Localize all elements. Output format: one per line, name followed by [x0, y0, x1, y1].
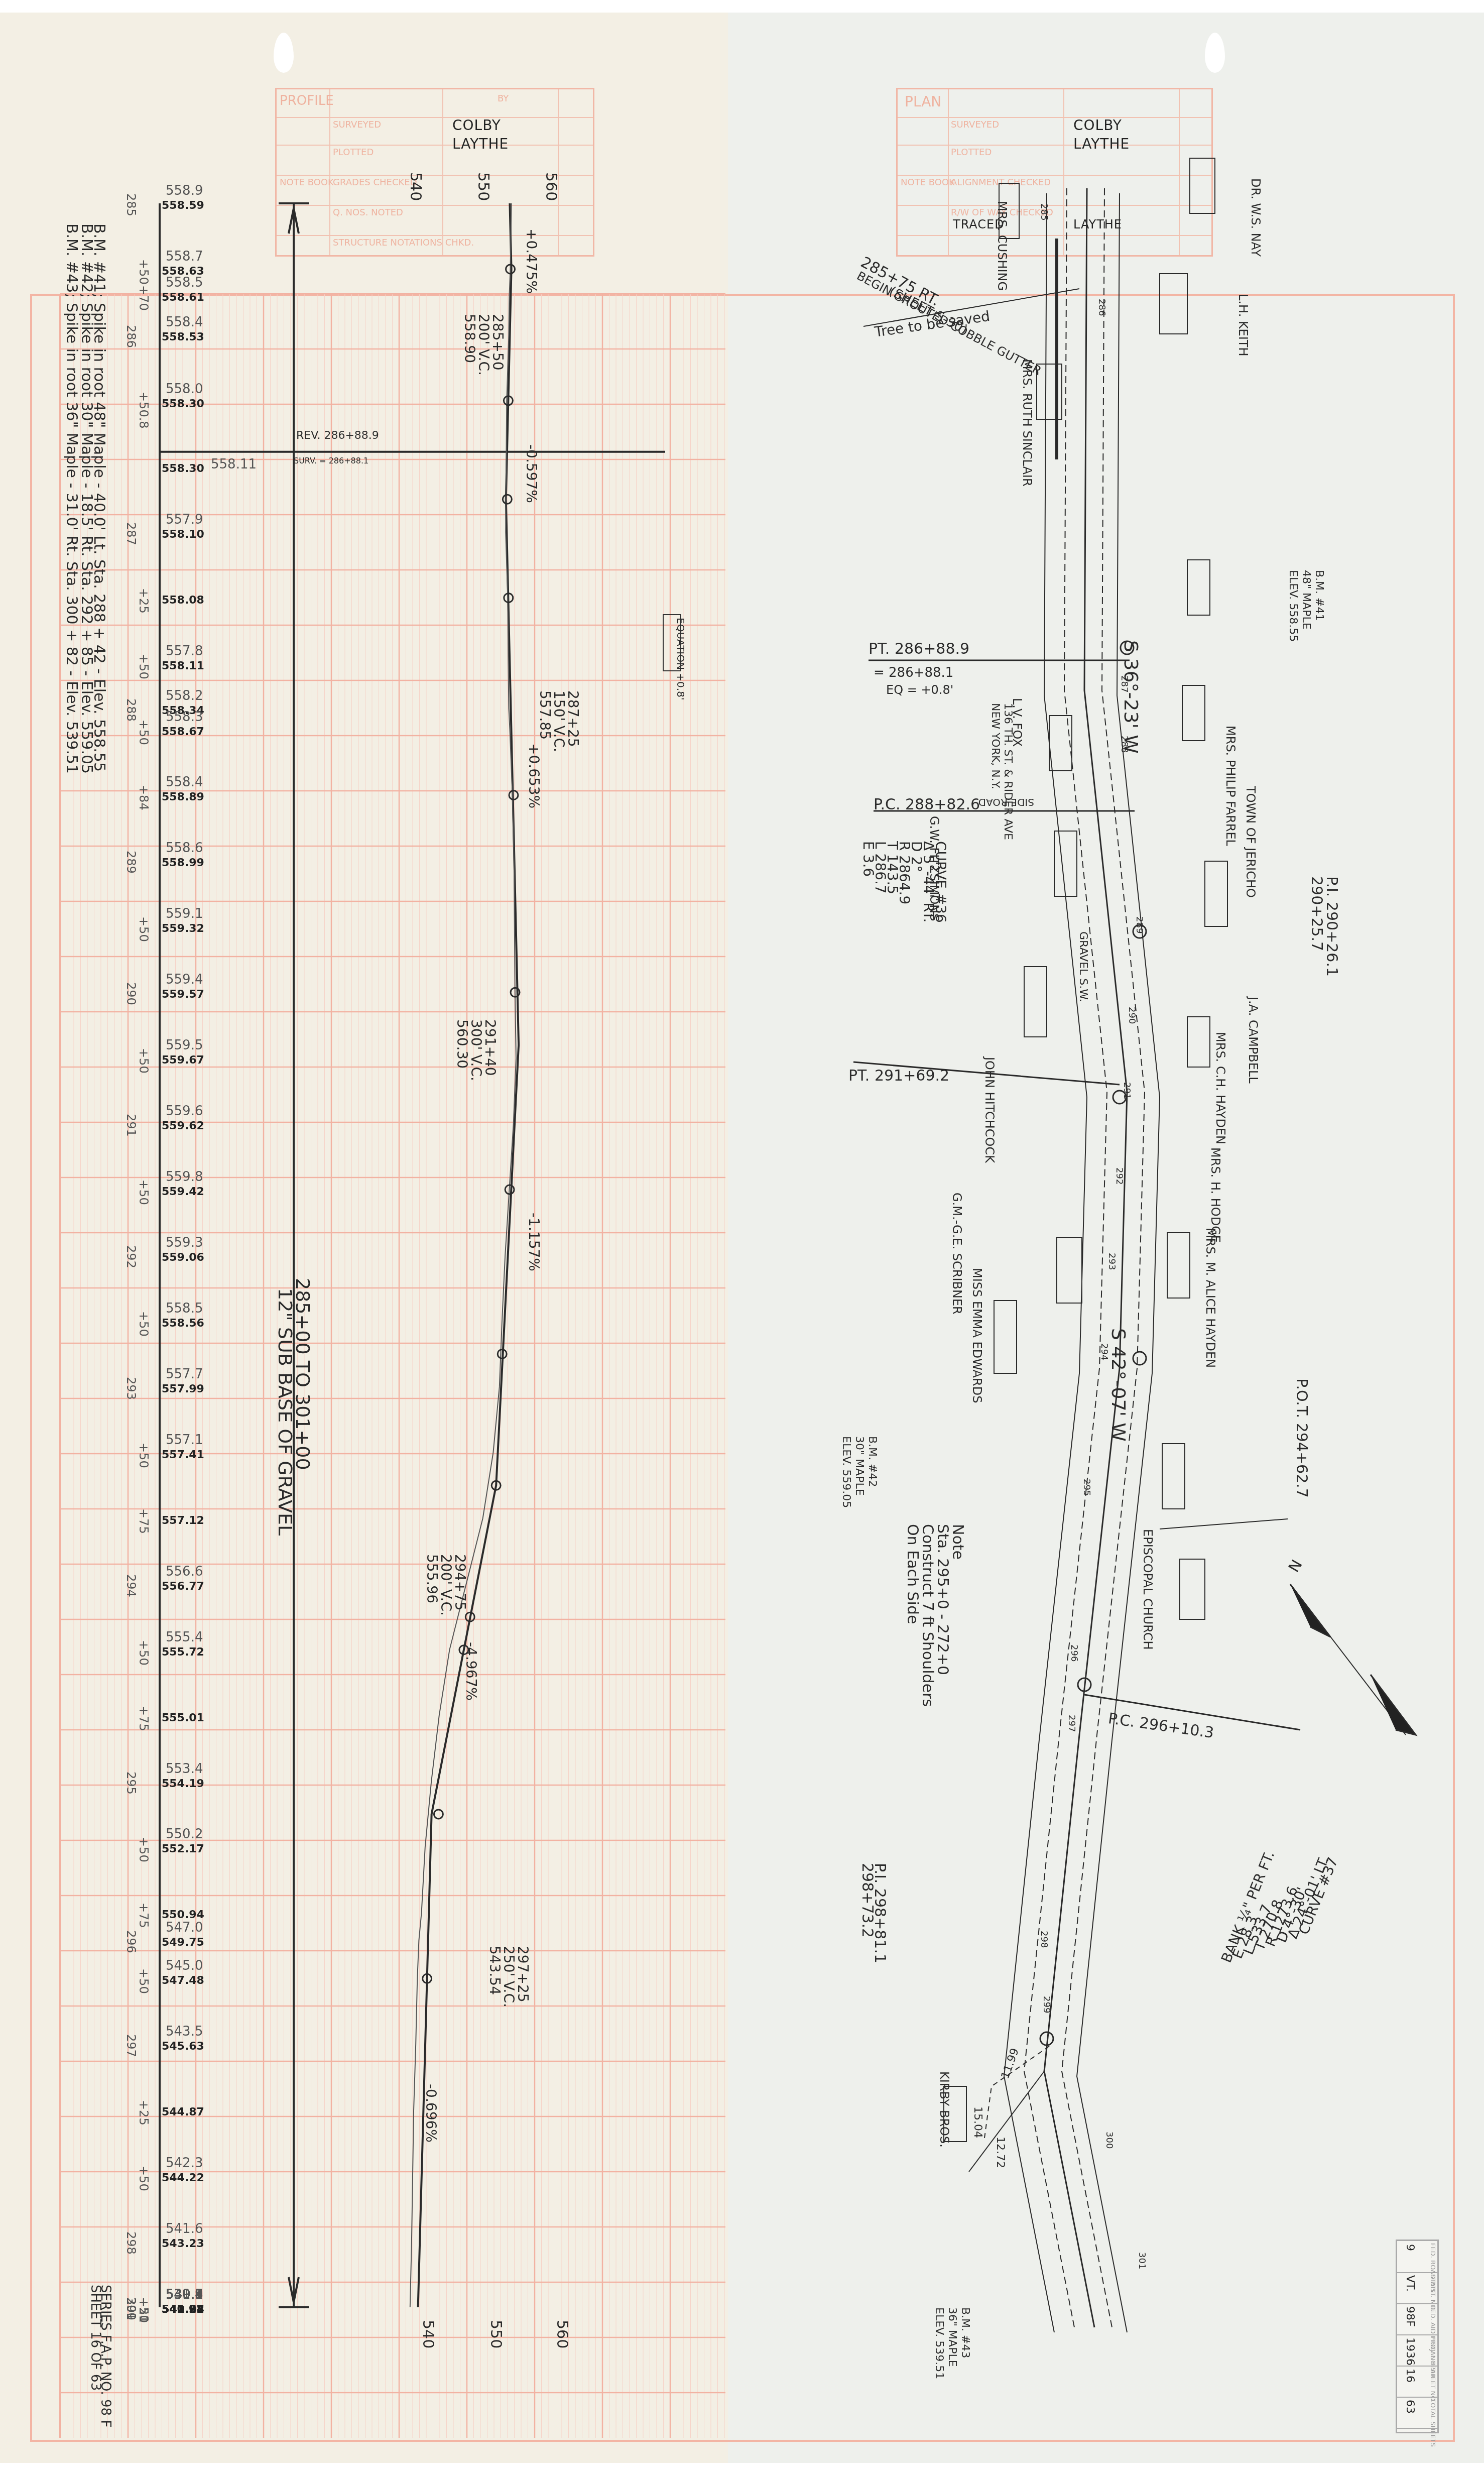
- pc-label: P.C. 288+82.6: [874, 796, 980, 813]
- ground-elevation: 559.4: [166, 972, 203, 987]
- station-label: +50: [137, 1443, 151, 1468]
- station-label: +50: [137, 2166, 151, 2191]
- grade-percent: -1.157%: [526, 1213, 542, 1271]
- ground-elevation: 558.2: [166, 688, 203, 703]
- construction-note: On Each Side: [904, 1524, 921, 1624]
- plan-station: 289: [1134, 916, 1145, 933]
- ground-elevation: 559.3: [166, 1235, 203, 1250]
- grade-percent: -0.696%: [423, 2084, 439, 2143]
- station-label: 292: [124, 1245, 138, 1268]
- plan-station: 295: [1081, 1479, 1092, 1496]
- station-label: +50: [137, 1837, 151, 1862]
- plan-station: 287: [1119, 675, 1130, 692]
- tie-distance: 15.04: [971, 2106, 984, 2138]
- ground-elevation: 550.2: [166, 1827, 203, 1842]
- plan-station: 288: [1119, 736, 1130, 753]
- base-course-note: 12" SUB BASE OF GRAVEL: [274, 1288, 296, 1536]
- fed-cell: SHEET NO.16: [1397, 2366, 1437, 2398]
- grade-elevation: 558.89: [162, 791, 204, 803]
- station-label: +50: [137, 1311, 151, 1337]
- station-label: 296: [124, 1930, 138, 1953]
- grade-elevation: 558.53: [162, 331, 204, 343]
- ground-elevation: 558.9: [166, 183, 203, 198]
- plan-station: 296: [1069, 1644, 1079, 1662]
- station-label: +50: [137, 1180, 151, 1205]
- station-label: +50: [137, 1968, 151, 1994]
- ground-elevation: 557.1: [166, 1433, 203, 1448]
- construction-note: Sta. 295+0 - 272+0: [934, 1524, 951, 1675]
- grade-elevation: 540.93: [162, 2303, 204, 2316]
- ground-elevation: 559.5: [166, 1038, 203, 1053]
- owner-name: MRS. CUSHING: [995, 201, 1009, 291]
- station-label: 298: [124, 2231, 138, 2255]
- vc-elevation: 558.90: [461, 314, 478, 363]
- equation-elevation: 558.11: [211, 457, 257, 472]
- ground-elevation: 541.6: [166, 2221, 203, 2236]
- grade-elevation: 559.57: [162, 988, 204, 1001]
- owner-name: G.M.-G.E. SCRIBNER: [950, 1193, 964, 1315]
- station-label: 291: [124, 1114, 138, 1137]
- construction-note: Note: [949, 1524, 966, 1560]
- pi-label: 298+73.2: [858, 1863, 876, 1938]
- station-label: 297: [124, 2034, 138, 2057]
- station-label: +50: [137, 1640, 151, 1666]
- vc-elevation: 543.54: [486, 1946, 503, 1995]
- fed-cell: FISCAL YEAR1936: [1397, 2334, 1437, 2367]
- plan-station: 299: [1041, 1996, 1052, 2013]
- gravel-sidewalk: GRAVEL S.W.: [1077, 931, 1089, 1002]
- fed-value: 63: [1404, 2400, 1416, 2414]
- grade-elevation: 558.56: [162, 1317, 204, 1330]
- station-label: 290: [124, 982, 138, 1005]
- grade-elevation: 558.59: [162, 199, 204, 212]
- fed-header: STATE: [1429, 2274, 1436, 2294]
- station-label: 294: [124, 1574, 138, 1597]
- ground-elevation: 547.0: [166, 1920, 203, 1935]
- ground-elevation: 558.0: [166, 382, 203, 397]
- fed-value: 98F: [1404, 2306, 1416, 2327]
- station-label: +50: [137, 720, 151, 745]
- plan-station: 294: [1099, 1343, 1109, 1360]
- elevation-tick-bottom: 550: [487, 2320, 505, 2348]
- plan-station: 290: [1127, 1007, 1137, 1024]
- grade-elevation: 559.42: [162, 1186, 204, 1198]
- station-label: 288: [124, 698, 138, 722]
- elevation-tick-top: 540: [407, 172, 424, 201]
- grade-elevation: 554.19: [162, 1778, 204, 1790]
- grade-elevation: 558.99: [162, 857, 204, 869]
- owner-name: DR. W.S. NAY: [1249, 178, 1263, 257]
- tie-distance: 12.72: [994, 2137, 1007, 2168]
- pi-label: P.I. 290+26.1: [1323, 876, 1340, 977]
- station-label: 293: [124, 1377, 138, 1400]
- rev-station: REV. 286+88.9: [296, 429, 379, 442]
- pt-equation: = 286+88.1: [874, 665, 953, 680]
- elevation-tick-top: 550: [474, 172, 492, 201]
- benchmark-label: 30" MAPLE: [853, 1436, 865, 1496]
- owner-name: MRS. RUTH SINCLAIR: [1020, 359, 1034, 487]
- ground-elevation: 557.7: [166, 1367, 203, 1382]
- fed-value: VT.: [1404, 2275, 1416, 2292]
- owner-name: MRS. M. ALICE HAYDEN: [1203, 1228, 1217, 1368]
- station-label: 287: [124, 522, 138, 545]
- equation-box-frame: [663, 614, 681, 671]
- owner-name: KIRBY BROS.: [937, 2071, 951, 2148]
- grade-elevation: 558.61: [162, 291, 204, 304]
- ground-elevation: 558.5: [166, 1301, 203, 1316]
- ground-elevation: 557.8: [166, 644, 203, 659]
- bearing-label: S 42°-07' W: [1107, 1328, 1130, 1442]
- owner-address: NEW YORK, N.Y.: [989, 703, 1002, 789]
- curve-data: E 3.6: [860, 841, 877, 877]
- plan-station: 291: [1122, 1082, 1132, 1099]
- federal-project-block: FED. ROAD DIST. NO.9STATEVT.FED. AID PRO…: [1396, 2239, 1439, 2433]
- benchmark-note: B.M. #42; Spike in root 30" Maple - 18.5…: [78, 223, 95, 774]
- grade-elevation: 552.17: [162, 1843, 204, 1855]
- owner-name: MISS EMMA EDWARDS: [970, 1268, 984, 1403]
- station-label: +70: [137, 285, 151, 311]
- pi-label: 290+25.7: [1308, 876, 1325, 951]
- benchmark-label: B.M. #43: [959, 2307, 971, 2358]
- grade-percent: +0.475%: [523, 228, 540, 294]
- station-label: +50: [137, 1048, 151, 1074]
- owner-name: TOWN OF JERICHO: [1244, 786, 1258, 898]
- vc-elevation: 557.85: [537, 690, 553, 740]
- owner-name: EPISCOPAL CHURCH: [1141, 1529, 1155, 1650]
- ground-elevation: 559.8: [166, 1169, 203, 1185]
- station-label: +75: [137, 1508, 151, 1534]
- station-label: +75: [137, 1903, 151, 1928]
- grade-elevation: 550.94: [162, 1909, 204, 1921]
- sheet-note: SHEET 16 OF 63: [88, 2285, 103, 2391]
- grade-elevation: 544.22: [162, 2172, 204, 2184]
- grade-elevation: 555.72: [162, 1646, 204, 1659]
- owner-name: L.H. KEITH: [1236, 294, 1250, 357]
- ground-elevation: 559.1: [166, 906, 203, 921]
- equation-note: EQ = +0.8': [886, 683, 953, 697]
- grade-elevation: 559.67: [162, 1054, 204, 1067]
- grade-elevation: 557.12: [162, 1514, 204, 1527]
- elevation-tick-bottom: 560: [553, 2320, 571, 2348]
- pot-label: P.O.T. 294+62.7: [1293, 1378, 1310, 1498]
- station-label: 285: [124, 193, 138, 216]
- station-label: 295: [124, 1772, 138, 1795]
- grade-elevation: 558.10: [162, 528, 204, 541]
- benchmark-label: ELEV. 559.05: [840, 1436, 852, 1508]
- grade-elevation: 558.67: [162, 726, 204, 738]
- station-label: +50: [137, 916, 151, 942]
- station-label: 289: [124, 851, 138, 874]
- grade-elevation: 547.48: [162, 1974, 204, 1987]
- grade-percent: -4.967%: [463, 1642, 479, 1701]
- grade-percent: +0.653%: [526, 743, 542, 808]
- grade-elevation: 558.08: [162, 594, 204, 607]
- vc-elevation: 560.30: [454, 1019, 470, 1069]
- station-label: +84: [137, 785, 151, 810]
- grade-elevation: 545.63: [162, 2040, 204, 2053]
- grade-elevation: 543.23: [162, 2237, 204, 2250]
- owner-address: 136 TH. ST. & RIDER AVE: [1002, 703, 1014, 840]
- fed-cell: FED. ROAD DIST. NO.9: [1397, 2241, 1437, 2273]
- ground-elevation: 539.4: [166, 2287, 203, 2302]
- plan-station: 293: [1106, 1253, 1117, 1270]
- station-label: +50: [137, 654, 151, 679]
- owner-name: J.A. CAMPBELL: [1246, 997, 1260, 1084]
- fed-header: TOTAL SHEETS: [1429, 2399, 1436, 2447]
- station-label: +50: [137, 2297, 151, 2323]
- fed-value: 9: [1404, 2244, 1416, 2251]
- benchmark-label: B.M. #42: [866, 1436, 879, 1487]
- grade-elevation: 559.06: [162, 1251, 204, 1264]
- fed-cell: FED. AID PROJ. NO.98F: [1397, 2303, 1437, 2335]
- ground-elevation: 557.9: [166, 512, 203, 527]
- grade-percent: -0.597%: [523, 444, 540, 503]
- plan-station: 298: [1039, 1931, 1049, 1948]
- benchmark-label: ELEV. 558.55: [1287, 570, 1299, 642]
- owner-name: JOHN HITCHCOCK: [982, 1057, 997, 1163]
- ground-elevation: 553.4: [166, 1761, 203, 1777]
- benchmark-label: 36" MAPLE: [946, 2307, 958, 2367]
- plan-station: 301: [1137, 2252, 1147, 2269]
- owner-name: MRS. PHILIP FARREL: [1223, 726, 1238, 846]
- grade-elevation: 558.30: [162, 398, 204, 410]
- grade-elevation: 558.11: [162, 660, 204, 672]
- ground-elevation: 556.6: [166, 1564, 203, 1579]
- drawing-linework: [0, 13, 1484, 2463]
- grade-elevation: 559.32: [162, 922, 204, 935]
- elevation-tick-bottom: 540: [419, 2320, 437, 2348]
- plan-station: 300: [1104, 2132, 1115, 2149]
- grade-elevation: 557.99: [162, 1383, 204, 1395]
- station-label: 286: [124, 325, 138, 348]
- vc-elevation: 555.96: [424, 1554, 440, 1603]
- ground-elevation: 555.4: [166, 1630, 203, 1645]
- ground-elevation: 558.4: [166, 775, 203, 790]
- grade-elevation: 544.87: [162, 2106, 204, 2118]
- station-label: +50.8: [137, 392, 151, 429]
- fed-value: 16: [1404, 2369, 1416, 2383]
- pt-label: PT. 291+69.2: [848, 1067, 949, 1085]
- grade-elevation: 556.77: [162, 1580, 204, 1593]
- grade-elevation: 549.75: [162, 1936, 204, 1949]
- benchmark-note: B.M. #43; Spike in root 36" Maple - 31.0…: [63, 223, 80, 774]
- pt-label: PT. 286+88.9: [869, 640, 969, 658]
- ground-elevation: 542.3: [166, 2156, 203, 2171]
- side-road-label: SIDE ROAD: [978, 796, 1034, 808]
- plan-station: 285: [1039, 203, 1049, 220]
- station-label: +75: [137, 1706, 151, 1731]
- plan-station: 286: [1096, 299, 1107, 316]
- elevation-tick-top: 560: [542, 172, 560, 201]
- plan-station: 297: [1066, 1715, 1077, 1732]
- ground-elevation: 545.0: [166, 1958, 203, 1973]
- station-label: 301: [124, 2297, 138, 2320]
- ground-elevation: 558.4: [166, 315, 203, 330]
- benchmark-label: B.M. #41: [1313, 570, 1325, 621]
- station-label: +50: [137, 259, 151, 285]
- ground-elevation: 558.6: [166, 841, 203, 856]
- ground-elevation: 558.7: [166, 249, 203, 264]
- drawing-sheet: PROFILE SURVEYED PLOTTED GRADES CHECKED …: [0, 13, 1484, 2463]
- construction-note: Construct 7 ft Shoulders: [919, 1524, 936, 1707]
- fed-cell: TOTAL SHEETS63: [1397, 2397, 1437, 2429]
- ground-elevation: 558.5: [166, 275, 203, 290]
- owner-name: MRS. C.H. HAYDEN: [1213, 1032, 1227, 1144]
- fed-cell: STATEVT.: [1397, 2272, 1437, 2304]
- station-label: +25: [137, 2100, 151, 2126]
- station-label: +25: [137, 588, 151, 614]
- ground-elevation: 558.3: [166, 710, 203, 725]
- plan-station: 292: [1114, 1167, 1125, 1185]
- ground-elevation: 559.6: [166, 1104, 203, 1119]
- ground-elevation: 543.5: [166, 2024, 203, 2039]
- fed-value: 1936: [1404, 2337, 1416, 2366]
- grade-elevation: 558.30: [162, 462, 204, 475]
- surv-station: SURV. = 286+88.1: [294, 456, 368, 465]
- benchmark-label: ELEV. 539.51: [933, 2307, 945, 2379]
- benchmark-label: 48" MAPLE: [1300, 570, 1312, 630]
- grade-elevation: 555.01: [162, 1712, 204, 1724]
- grade-elevation: 559.62: [162, 1120, 204, 1132]
- grade-elevation: 557.41: [162, 1449, 204, 1461]
